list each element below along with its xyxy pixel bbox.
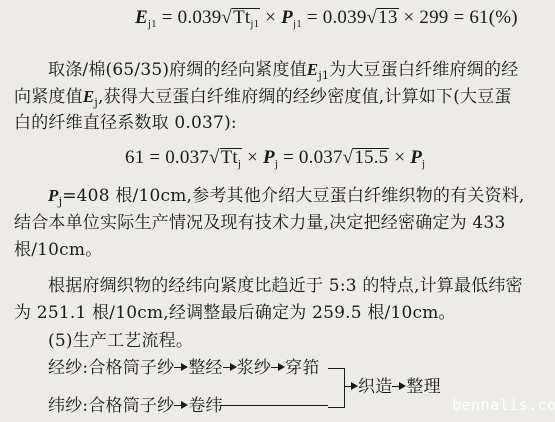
- subscript: j1: [250, 18, 259, 30]
- radicand: Ttj: [220, 148, 243, 173]
- flow-step: 整理: [406, 377, 440, 397]
- text: 为大豆蛋白纤维府绸的经: [329, 60, 518, 80]
- arrow-right-icon: [392, 382, 406, 392]
- paragraph-2-line-1: Pj=408 根/10cm,参考其他介绍大豆蛋白纤维织物的有关资料,: [48, 186, 525, 212]
- arrow-right-icon: [174, 401, 188, 411]
- arrow-right-icon: [344, 382, 358, 392]
- arrow-right-icon: [223, 363, 237, 373]
- paragraph-1-line-3: 白的纤维直径系数取 0.037):: [14, 113, 237, 133]
- section-heading: (5)生产工艺流程。: [48, 331, 193, 351]
- var-E: E: [83, 87, 95, 106]
- multiplier: 299: [419, 7, 448, 28]
- coefficient: 0.039: [178, 7, 222, 28]
- var-P: P: [281, 7, 293, 28]
- sqrt-icon: √: [209, 147, 220, 168]
- flow-step: 合格筒子纱: [88, 358, 174, 378]
- merge-bracket: [328, 368, 345, 408]
- radicand: 13: [377, 8, 398, 27]
- sqrt-icon: √: [221, 7, 232, 28]
- var-P: P: [410, 147, 422, 168]
- paragraph-2-line-3: 根/10cm。: [14, 240, 102, 260]
- coefficient: 0.039: [323, 7, 367, 28]
- text: ,获得大豆蛋白纤维府绸的经纱密度值,计算如下(大豆蛋: [98, 87, 512, 107]
- times-sign: ×: [265, 7, 276, 28]
- radicand: 15.5: [353, 148, 389, 167]
- subscript: j1: [318, 69, 329, 82]
- sqrt-icon: √: [367, 7, 378, 28]
- subscript: j1: [293, 18, 302, 30]
- subscript: j1: [148, 18, 157, 30]
- subscript: j: [275, 158, 278, 170]
- text: =408 根/10cm,参考其他介绍大豆蛋白纤维织物的有关资料,: [62, 186, 524, 206]
- var-P: P: [263, 147, 275, 168]
- flow-step: 卷纬: [188, 396, 222, 416]
- document-page: Ej1 = 0.039√Ttj1 × Pj1 = 0.039√13 × 299 …: [0, 0, 555, 422]
- flow-step: 合格筒子纱: [88, 396, 174, 416]
- flow-step: 浆纱: [237, 358, 271, 378]
- arrow-right-icon: [271, 363, 285, 373]
- formula-warp-tightness-reference: Ej1 = 0.039√Ttj1 × Pj1 = 0.039√13 × 299 …: [135, 8, 518, 34]
- paragraph-1-line-1: 取涤/棉(65/35)府绸的经向紧度值Ej1为大豆蛋白纤维府绸的经: [48, 60, 518, 86]
- sqrt-icon: √: [343, 147, 354, 168]
- flow-weft-row: 纬纱:合格筒子纱卷纬: [48, 396, 223, 416]
- paragraph-3-line-1: 根据府绸织物的经纬向紧度比趋近于 5:3 的特点,计算最低纬密: [48, 276, 523, 296]
- var-E: E: [307, 60, 319, 79]
- arrow-right-icon: [174, 363, 188, 373]
- flow-warp-row: 经纱:合格筒子纱整经浆纱穿筘: [48, 358, 320, 378]
- subscript: j: [422, 158, 425, 170]
- flow-step: 穿筘: [285, 358, 319, 378]
- flow-step: 织造: [358, 377, 392, 397]
- formula-warp-density: 61 = 0.037√Ttj × Pj = 0.037√15.5 × Pj: [125, 148, 425, 174]
- result: 61(%): [469, 7, 517, 28]
- flow-merge-row: 织造整理: [344, 377, 441, 397]
- radicand-main: Tt: [221, 147, 238, 168]
- lhs: 61: [125, 147, 144, 168]
- weft-connector-line: [221, 405, 328, 406]
- radicand-main: Tt: [233, 7, 250, 28]
- paragraph-3-line-2: 为 251.1 根/10cm,经调整最后确定为 259.5 根/10cm。: [14, 303, 456, 323]
- flow-step: 整经: [188, 358, 222, 378]
- coefficient: 0.037: [165, 147, 209, 168]
- var-E: E: [135, 7, 148, 28]
- radicand: Ttj1: [232, 8, 260, 33]
- weft-label: 纬纱:: [48, 396, 88, 416]
- watermark: bennalis.com: [452, 396, 555, 414]
- paragraph-1-line-2: 向紧度值Ej,获得大豆蛋白纤维府绸的经纱密度值,计算如下(大豆蛋: [14, 87, 512, 113]
- coefficient: 0.037: [299, 147, 343, 168]
- warp-label: 经纱:: [48, 358, 88, 378]
- text: 取涤/棉(65/35)府绸的经向紧度值: [48, 60, 307, 80]
- subscript: j: [238, 158, 241, 170]
- text: 向紧度值: [14, 87, 83, 107]
- var-P: P: [48, 186, 59, 205]
- paragraph-2-line-2: 结合本单位实际生产情况及现有技术力量,决定把经密确定为 433: [14, 213, 505, 233]
